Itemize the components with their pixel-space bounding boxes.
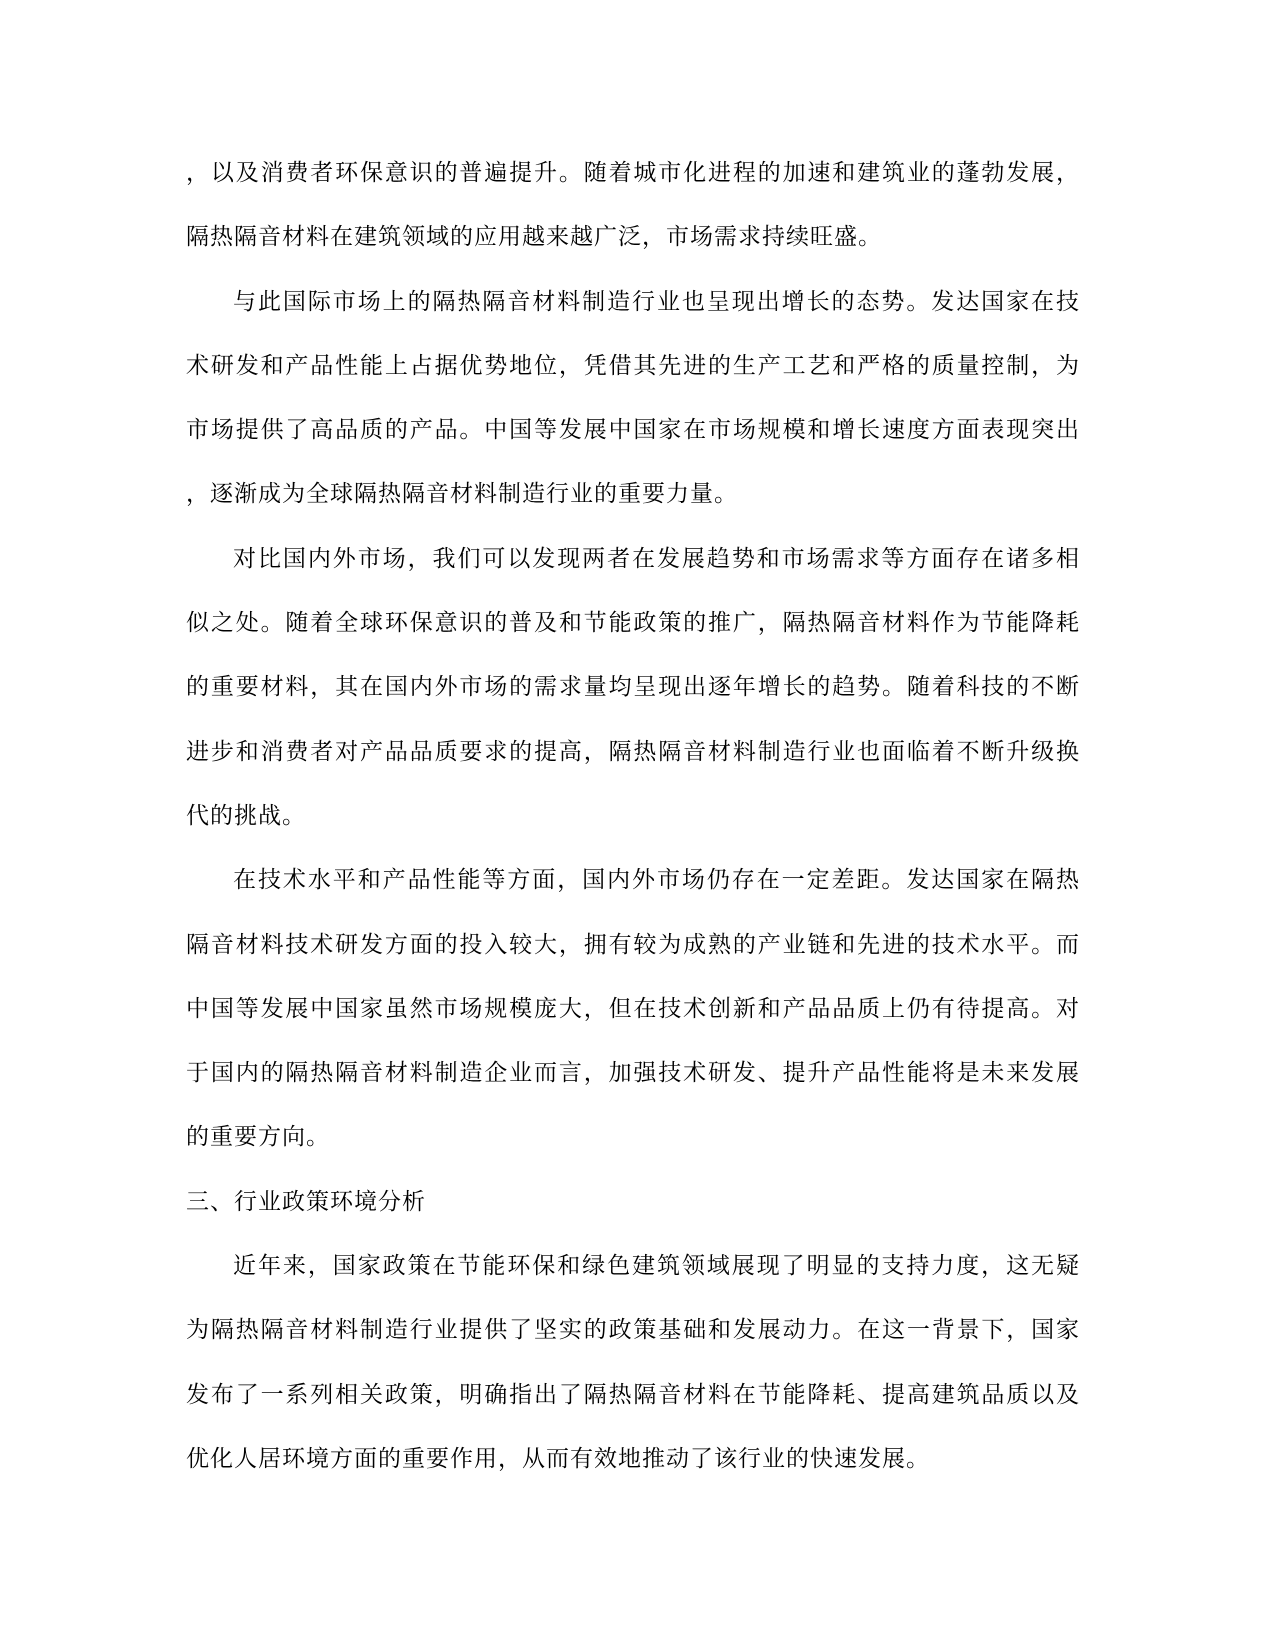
document-body: ，以及消费者环保意识的普遍提升。随着城市化进程的加速和建筑业的蓬勃发展，隔热隔音… — [186, 140, 1080, 1490]
text-line: 隔音材料技术研发方面的投入较大，拥有较为成熟的产业链和先进的技术水平。而 — [186, 912, 1080, 976]
text-line: 中国等发展中国家虽然市场规模庞大，但在技术创新和产品品质上仍有待提高。对 — [186, 976, 1080, 1040]
text-line: 进步和消费者对产品品质要求的提高，隔热隔音材料制造行业也面临着不断升级换 — [186, 719, 1080, 783]
text-line: ，逐渐成为全球隔热隔音材料制造行业的重要力量。 — [186, 461, 1080, 525]
document-page: ，以及消费者环保意识的普遍提升。随着城市化进程的加速和建筑业的蓬勃发展，隔热隔音… — [0, 0, 1275, 1650]
text-line: 术研发和产品性能上占据优势地位，凭借其先进的生产工艺和严格的质量控制，为 — [186, 333, 1080, 397]
text-line: 为隔热隔音材料制造行业提供了坚实的政策基础和发展动力。在这一背景下，国家 — [186, 1297, 1080, 1361]
text-line: 发布了一系列相关政策，明确指出了隔热隔音材料在节能降耗、提高建筑品质以及 — [186, 1362, 1080, 1426]
body-paragraph: ，以及消费者环保意识的普遍提升。随着城市化进程的加速和建筑业的蓬勃发展，隔热隔音… — [186, 140, 1080, 269]
body-paragraph: 对比国内外市场，我们可以发现两者在发展趋势和市场需求等方面存在诸多相似之处。随着… — [186, 526, 1080, 847]
section-heading: 三、行业政策环境分析 — [186, 1169, 1080, 1233]
text-line: 与此国际市场上的隔热隔音材料制造行业也呈现出增长的态势。发达国家在技 — [186, 269, 1080, 333]
body-paragraph: 与此国际市场上的隔热隔音材料制造行业也呈现出增长的态势。发达国家在技术研发和产品… — [186, 269, 1080, 526]
text-line: 的重要方向。 — [186, 1104, 1080, 1168]
text-line: 在技术水平和产品性能等方面，国内外市场仍存在一定差距。发达国家在隔热 — [186, 847, 1080, 911]
text-line: 于国内的隔热隔音材料制造企业而言，加强技术研发、提升产品性能将是未来发展 — [186, 1040, 1080, 1104]
body-paragraph: 近年来，国家政策在节能环保和绿色建筑领域展现了明显的支持力度，这无疑为隔热隔音材… — [186, 1233, 1080, 1490]
text-line: 对比国内外市场，我们可以发现两者在发展趋势和市场需求等方面存在诸多相 — [186, 526, 1080, 590]
text-line: 的重要材料，其在国内外市场的需求量均呈现出逐年增长的趋势。随着科技的不断 — [186, 654, 1080, 718]
text-line: 市场提供了高品质的产品。中国等发展中国家在市场规模和增长速度方面表现突出 — [186, 397, 1080, 461]
body-paragraph: 在技术水平和产品性能等方面，国内外市场仍存在一定差距。发达国家在隔热隔音材料技术… — [186, 847, 1080, 1168]
text-line: 代的挑战。 — [186, 783, 1080, 847]
heading-text-line: 三、行业政策环境分析 — [186, 1169, 1080, 1233]
text-line: ，以及消费者环保意识的普遍提升。随着城市化进程的加速和建筑业的蓬勃发展， — [186, 140, 1080, 204]
text-line: 隔热隔音材料在建筑领域的应用越来越广泛，市场需求持续旺盛。 — [186, 204, 1080, 268]
text-line: 优化人居环境方面的重要作用，从而有效地推动了该行业的快速发展。 — [186, 1426, 1080, 1490]
text-line: 似之处。随着全球环保意识的普及和节能政策的推广，隔热隔音材料作为节能降耗 — [186, 590, 1080, 654]
text-line: 近年来，国家政策在节能环保和绿色建筑领域展现了明显的支持力度，这无疑 — [186, 1233, 1080, 1297]
